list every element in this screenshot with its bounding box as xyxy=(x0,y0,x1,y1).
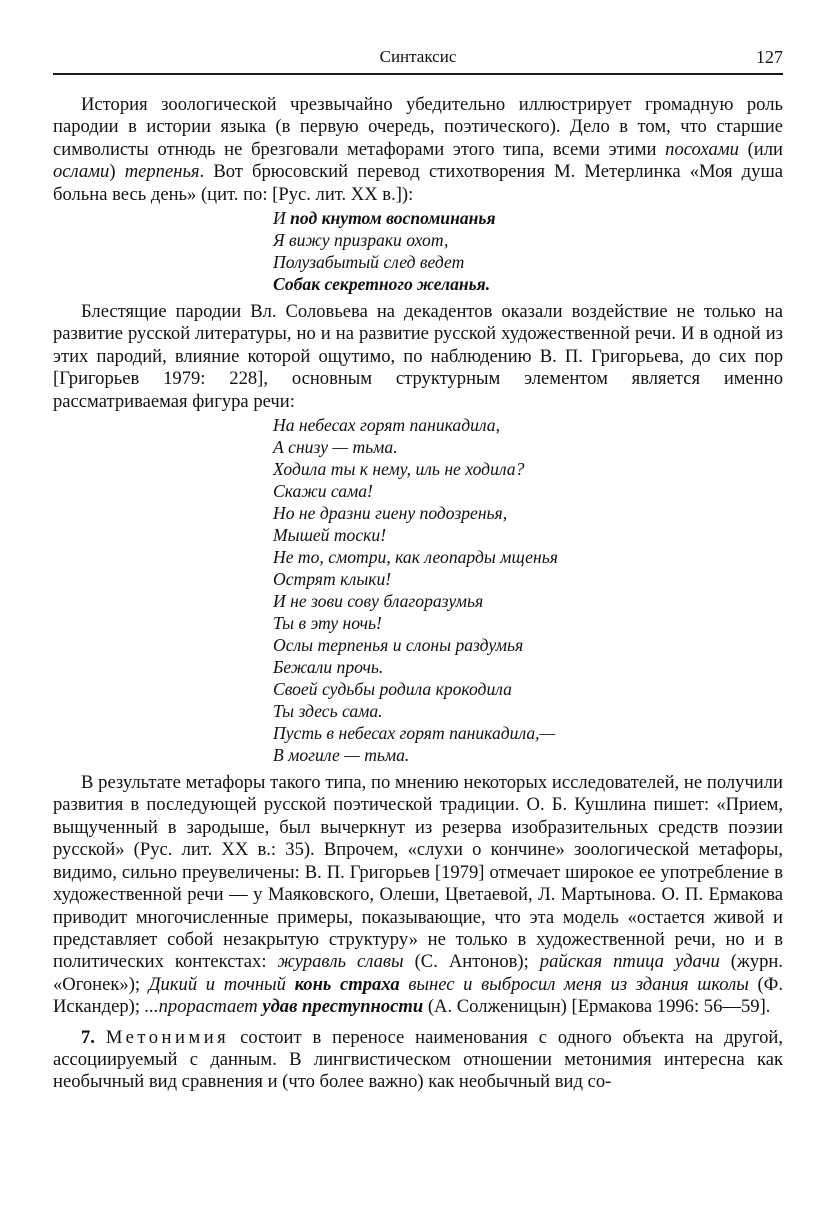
italic-example: райская птица удачи xyxy=(540,951,720,972)
text-run: В результате метафоры такого типа, по мн… xyxy=(53,772,783,972)
verse-line: Собак секретного желанья. xyxy=(273,273,783,295)
italic-example: Дикий и точный xyxy=(149,974,295,995)
text-run: (или xyxy=(739,139,783,160)
verse-line: На небесах горят паникадила, xyxy=(273,414,783,436)
verse-line: Ты в эту ночь! xyxy=(273,612,783,634)
verse-line: Полузабытый след ведет xyxy=(273,251,783,273)
running-title: Синтаксис xyxy=(53,44,783,70)
section-number: 7. xyxy=(81,1027,95,1048)
verse-text: И xyxy=(273,208,290,228)
verse-line: А снизу — тьма. xyxy=(273,436,783,458)
verse-line: Своей судьбы родила крокодила xyxy=(273,678,783,700)
header-rule xyxy=(53,73,783,75)
paragraph-metonymy: 7. Метонимия состоит в переносе наименов… xyxy=(53,1027,783,1094)
verse-line: Бежали прочь. xyxy=(273,656,783,678)
verse-solovyov: На небесах горят паникадила, А снизу — т… xyxy=(273,414,783,766)
paragraph-metaphor-tradition: В результате метафоры такого типа, по мн… xyxy=(53,772,783,1018)
verse-line: Мышей тоски! xyxy=(273,524,783,546)
verse-line: Пусть в небесах горят паникадила,— xyxy=(273,722,783,744)
verse-line: Скажи сама! xyxy=(273,480,783,502)
text-run: (С. Антонов); xyxy=(404,951,540,972)
bold-italic-example: удав преступности xyxy=(262,996,423,1017)
book-page: Синтаксис 127 История зоологической чрез… xyxy=(53,44,783,1094)
section-term: Метонимия xyxy=(106,1027,229,1048)
verse-bryusov: И под кнутом воспоминанья Я вижу призрак… xyxy=(273,207,783,295)
verse-line: Ходила ты к нему, иль не ходила? xyxy=(273,458,783,480)
verse-line: Ты здесь сама. xyxy=(273,700,783,722)
verse-line: И под кнутом воспоминанья xyxy=(273,207,783,229)
page-number: 127 xyxy=(756,44,783,70)
paragraph-zoological-parody: История зоологической чрезвычайно убедит… xyxy=(53,94,783,206)
italic-example: журавль славы xyxy=(278,951,404,972)
italic-term: терпенья xyxy=(125,161,200,182)
text-run: ) xyxy=(109,161,124,182)
verse-line: Ослы терпенья и слоны раздумья xyxy=(273,634,783,656)
verse-line: Я вижу призраки охот, xyxy=(273,229,783,251)
page-body: История зоологической чрезвычайно убедит… xyxy=(53,94,783,1094)
running-header: Синтаксис 127 xyxy=(53,44,783,70)
verse-line: Острят клыки! xyxy=(273,568,783,590)
verse-line: Не то, смотри, как леопарды мщенья xyxy=(273,546,783,568)
italic-term: ослами xyxy=(53,161,109,182)
verse-line: Но не дразни гиену подозренья, xyxy=(273,502,783,524)
italic-example: вынес и выбросил меня из здания школы xyxy=(400,974,749,995)
verse-bold-text: под кнутом воспоминанья xyxy=(290,208,495,228)
paragraph-solovyov-parodies: Блестящие пародии Вл. Соловьева на декад… xyxy=(53,301,783,413)
italic-example: ...прорастает xyxy=(145,996,263,1017)
italic-term: посохами xyxy=(665,139,739,160)
verse-line: В могиле — тьма. xyxy=(273,744,783,766)
bold-italic-example: конь страха xyxy=(295,974,400,995)
text-run: (А. Солженицын) [Ермакова 1996: 56—59]. xyxy=(423,996,770,1017)
verse-line: И не зови сову благоразумья xyxy=(273,590,783,612)
